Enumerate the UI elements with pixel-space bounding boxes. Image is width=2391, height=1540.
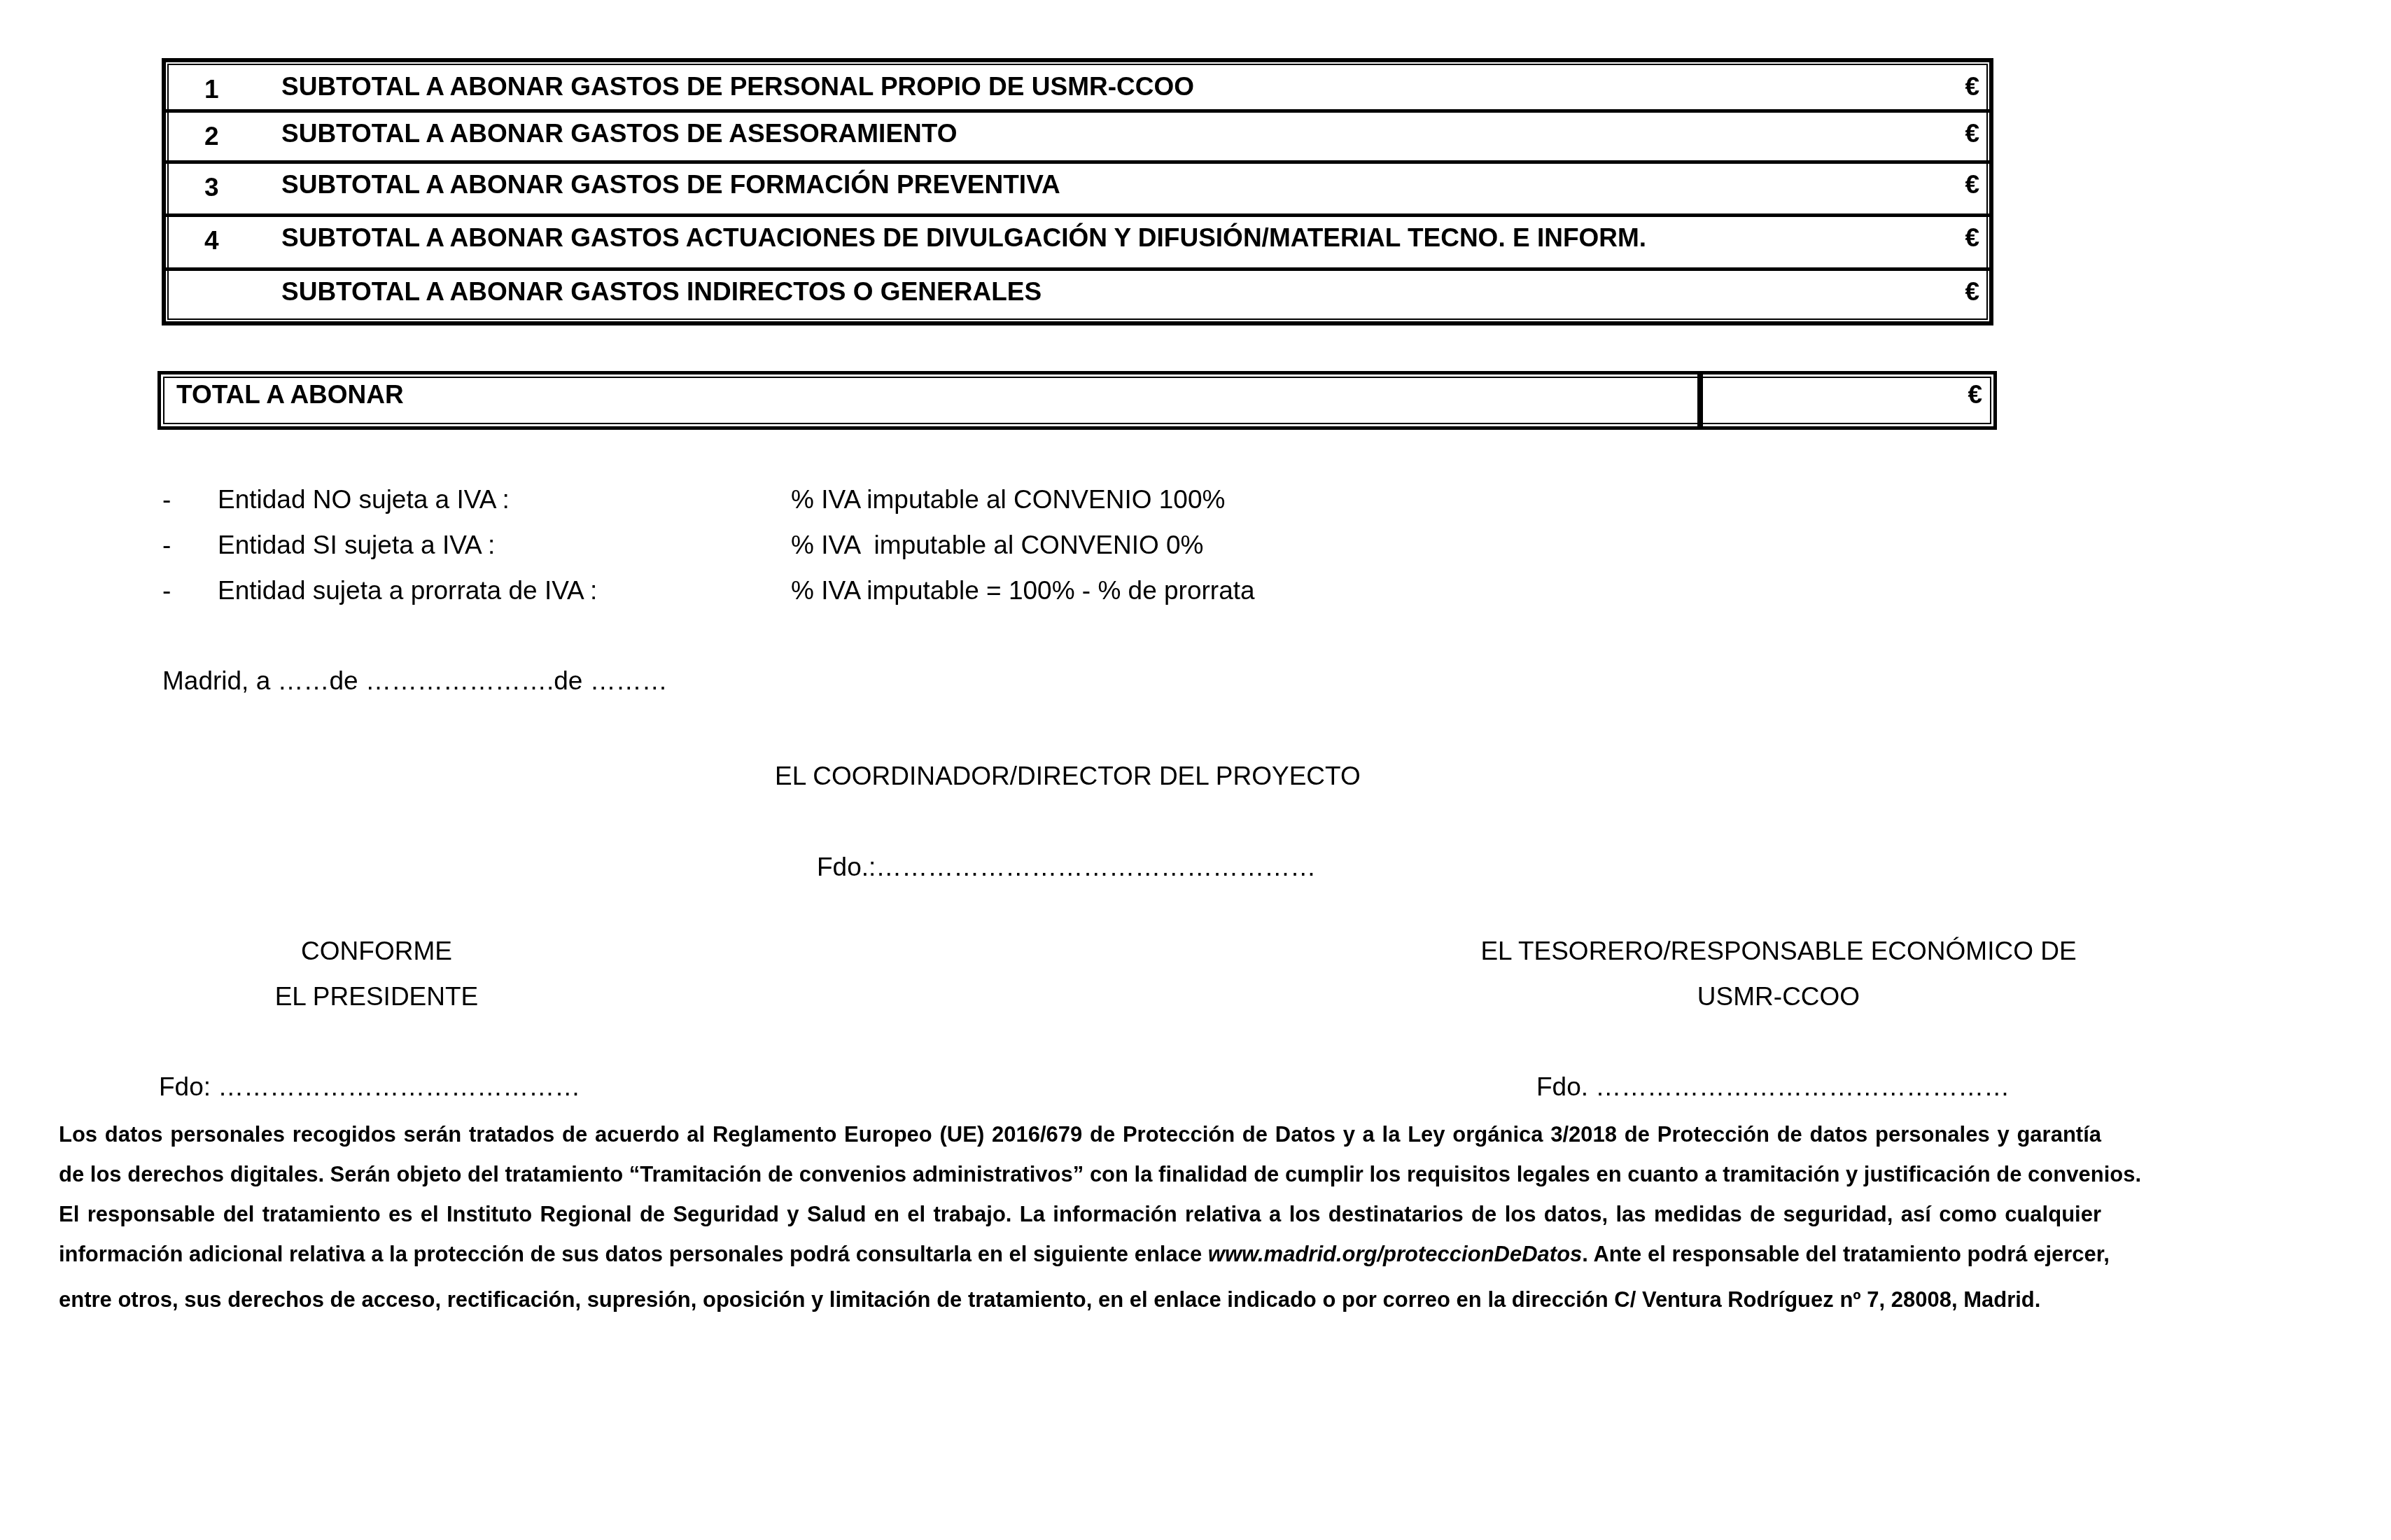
list-dash: - bbox=[162, 531, 171, 560]
total-label: TOTAL A ABONAR bbox=[176, 380, 404, 409]
subtotal-row-asesoramiento: 2 SUBTOTAL A ABONAR GASTOS DE ASESORAMIE… bbox=[166, 109, 1989, 160]
row-label: SUBTOTAL A ABONAR GASTOS DE PERSONAL PRO… bbox=[281, 72, 1194, 101]
iva-item-value: % IVA imputable al CONVENIO 100% bbox=[791, 485, 1225, 514]
treasurer-signature[interactable]: Fdo. ………………………………………… bbox=[1536, 1072, 2010, 1102]
place-date-line[interactable]: Madrid, a ……de ………………….de ……… bbox=[162, 666, 668, 696]
coordinator-title: EL COORDINADOR/DIRECTOR DEL PROYECTO bbox=[775, 762, 1361, 791]
privacy-line: información adicional relativa a la prot… bbox=[59, 1234, 2101, 1274]
iva-item-label: Entidad SI sujeta a IVA : bbox=[218, 531, 495, 560]
row-number: 3 bbox=[204, 173, 219, 202]
row-number: 2 bbox=[204, 122, 219, 151]
iva-item-value: % IVA imputable al CONVENIO 0% bbox=[791, 531, 1204, 560]
list-dash: - bbox=[162, 485, 171, 514]
total-euro-field[interactable]: € bbox=[1968, 380, 1982, 409]
total-divider bbox=[1697, 374, 1703, 426]
privacy-notice: Los datos personales recogidos serán tra… bbox=[59, 1114, 2101, 1319]
row-label: SUBTOTAL A ABONAR GASTOS INDIRECTOS O GE… bbox=[281, 277, 1042, 307]
iva-item-label: Entidad sujeta a prorrata de IVA : bbox=[218, 576, 597, 605]
iva-item-label: Entidad NO sujeta a IVA : bbox=[218, 485, 510, 514]
president-title: EL PRESIDENTE bbox=[275, 982, 479, 1011]
euro-field[interactable]: € bbox=[1965, 223, 1979, 253]
subtotal-row-formacion: 3 SUBTOTAL A ABONAR GASTOS DE FORMACIÓN … bbox=[166, 160, 1989, 211]
row-divider bbox=[166, 109, 1989, 113]
subtotal-row-personal: 1 SUBTOTAL A ABONAR GASTOS DE PERSONAL P… bbox=[166, 62, 1989, 113]
subtotals-table: 1 SUBTOTAL A ABONAR GASTOS DE PERSONAL P… bbox=[162, 58, 1993, 325]
privacy-text: . Ante el responsable del tratamiento po… bbox=[1582, 1242, 2109, 1266]
row-number: 4 bbox=[204, 226, 219, 255]
treasurer-organization: USMR-CCOO bbox=[1697, 982, 1860, 1011]
president-conforme: CONFORME bbox=[301, 937, 452, 966]
subtotal-row-indirectos: SUBTOTAL A ABONAR GASTOS INDIRECTOS O GE… bbox=[166, 267, 1989, 318]
subtotal-row-divulgacion: 4 SUBTOTAL A ABONAR GASTOS ACTUACIONES D… bbox=[166, 213, 1989, 265]
row-label: SUBTOTAL A ABONAR GASTOS DE FORMACIÓN PR… bbox=[281, 170, 1060, 199]
privacy-text: información adicional relativa a la prot… bbox=[59, 1242, 1208, 1266]
row-divider bbox=[166, 267, 1989, 271]
euro-field[interactable]: € bbox=[1965, 72, 1979, 101]
president-signature[interactable]: Fdo: …………………………………… bbox=[159, 1072, 580, 1102]
total-box-inner-border bbox=[163, 377, 1991, 424]
list-dash: - bbox=[162, 576, 171, 605]
iva-item-value: % IVA imputable = 100% - % de prorrata bbox=[791, 576, 1255, 605]
row-number: 1 bbox=[204, 75, 219, 104]
row-divider bbox=[166, 160, 1989, 164]
privacy-line: entre otros, sus derechos de acceso, rec… bbox=[59, 1280, 2101, 1319]
coordinator-signature[interactable]: Fdo.:…………………………………………… bbox=[817, 853, 1316, 882]
privacy-line: El responsable del tratamiento es el Ins… bbox=[59, 1194, 2101, 1234]
euro-field[interactable]: € bbox=[1965, 119, 1979, 148]
row-divider bbox=[166, 213, 1989, 217]
total-box: TOTAL A ABONAR € bbox=[157, 371, 1997, 430]
privacy-line: de los derechos digitales. Serán objeto … bbox=[59, 1154, 2101, 1194]
row-label: SUBTOTAL A ABONAR GASTOS DE ASESORAMIENT… bbox=[281, 119, 958, 148]
privacy-line: Los datos personales recogidos serán tra… bbox=[59, 1114, 2101, 1154]
row-label: SUBTOTAL A ABONAR GASTOS ACTUACIONES DE … bbox=[281, 223, 1646, 253]
treasurer-title: EL TESORERO/RESPONSABLE ECONÓMICO DE bbox=[1480, 937, 2076, 966]
privacy-link[interactable]: www.madrid.org/proteccionDeDatos bbox=[1208, 1242, 1583, 1266]
euro-field[interactable]: € bbox=[1965, 170, 1979, 199]
euro-field[interactable]: € bbox=[1965, 277, 1979, 307]
